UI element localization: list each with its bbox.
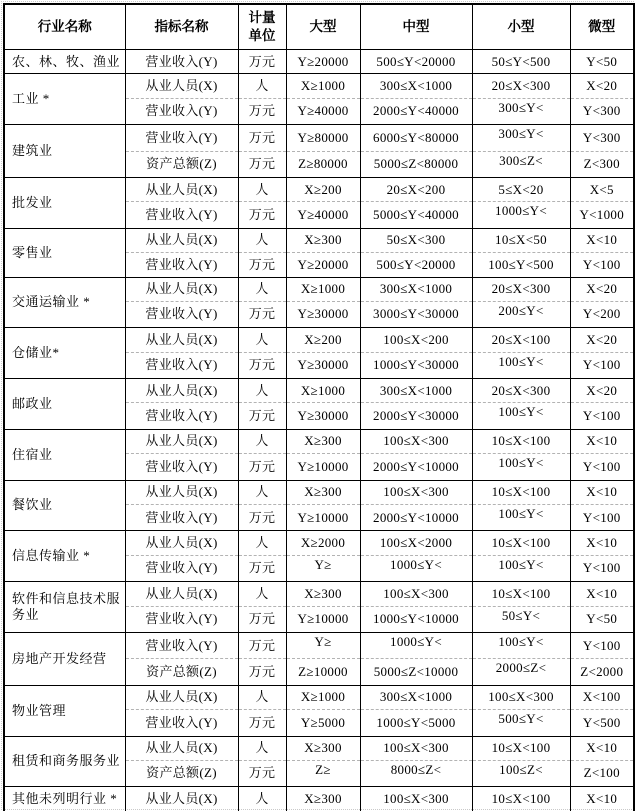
micro-cell: Y<100	[570, 253, 634, 277]
header-row: 行业名称 指标名称 计量 单位 大型 中型 小型 微型	[4, 4, 634, 50]
indicator-cell: 从业人员(X)	[125, 787, 238, 811]
table-row: 仓储业*从业人员(X)人X≥200100≤X<20020≤X<100X<20	[4, 328, 634, 352]
small-cell: 20≤X<300	[472, 74, 570, 98]
medium-cell: 100≤X<300	[360, 582, 472, 606]
indicator-cell: 从业人员(X)	[125, 736, 238, 760]
table-row: 软件和信息技术服务业从业人员(X)人X≥300100≤X<30010≤X<100…	[4, 582, 634, 606]
small-cell: 10≤X<100	[472, 531, 570, 555]
indicator-cell: 从业人员(X)	[125, 228, 238, 252]
medium-cell: 1000≤Y<10000	[360, 606, 472, 632]
medium-cell: 2000≤Y<30000	[360, 403, 472, 429]
document-page: 行业名称 指标名称 计量 单位 大型 中型 小型 微型 农、林、牧、渔业营业收入…	[0, 0, 636, 811]
medium-cell: 500≤Y<20000	[360, 50, 472, 74]
large-cell: Y≥40000	[286, 202, 360, 228]
unit-cell: 人	[238, 228, 286, 252]
indicator-cell: 营业收入(Y)	[125, 555, 238, 581]
medium-cell: 6000≤Y<80000	[360, 125, 472, 151]
small-cell: 2000≤Z<	[472, 659, 570, 685]
indicator-cell: 资产总额(Z)	[125, 760, 238, 786]
large-cell: Y≥80000	[286, 125, 360, 151]
medium-cell: 300≤X<1000	[360, 74, 472, 98]
large-cell: X≥1000	[286, 74, 360, 98]
industry-cell: 邮政业	[4, 379, 125, 430]
indicator-cell: 营业收入(Y)	[125, 301, 238, 327]
table-row: 农、林、牧、渔业营业收入(Y)万元Y≥20000500≤Y<2000050≤Y<…	[4, 50, 634, 74]
large-cell: Y≥30000	[286, 352, 360, 378]
small-cell: 10≤X<100	[472, 429, 570, 453]
medium-cell: 8000≤Z<	[360, 760, 472, 786]
header-unit: 计量 单位	[238, 4, 286, 50]
micro-cell: X<10	[570, 228, 634, 252]
large-cell: Y≥10000	[286, 454, 360, 480]
unit-cell: 万元	[238, 606, 286, 632]
large-cell: X≥1000	[286, 277, 360, 301]
unit-cell: 人	[238, 787, 286, 811]
industry-cell: 仓储业*	[4, 328, 125, 379]
micro-cell: Y<100	[570, 352, 634, 378]
medium-cell: 1000≤Y<	[360, 632, 472, 658]
micro-cell: X<20	[570, 277, 634, 301]
indicator-cell: 从业人员(X)	[125, 480, 238, 504]
small-cell: 10≤X<100	[472, 582, 570, 606]
small-cell: 20≤X<300	[472, 379, 570, 403]
small-cell: 100≤Z<	[472, 760, 570, 786]
enterprise-size-table: 行业名称 指标名称 计量 单位 大型 中型 小型 微型 农、林、牧、渔业营业收入…	[3, 3, 635, 811]
large-cell: X≥200	[286, 328, 360, 352]
table-row: 住宿业从业人员(X)人X≥300100≤X<30010≤X<100X<10	[4, 429, 634, 453]
large-cell: Y≥10000	[286, 505, 360, 531]
table-row: 信息传输业 *从业人员(X)人X≥2000100≤X<200010≤X<100X…	[4, 531, 634, 555]
small-cell: 300≤Y<	[472, 125, 570, 151]
micro-cell: X<10	[570, 582, 634, 606]
indicator-cell: 从业人员(X)	[125, 74, 238, 98]
medium-cell: 2000≤Y<10000	[360, 454, 472, 480]
large-cell: Y≥5000	[286, 710, 360, 736]
unit-cell: 万元	[238, 98, 286, 124]
small-cell: 100≤Y<	[472, 632, 570, 658]
large-cell: Z≥80000	[286, 151, 360, 177]
small-cell: 20≤X<300	[472, 277, 570, 301]
indicator-cell: 从业人员(X)	[125, 582, 238, 606]
medium-cell: 5000≤Y<40000	[360, 202, 472, 228]
small-cell: 200≤Y<	[472, 301, 570, 327]
unit-cell: 万元	[238, 403, 286, 429]
small-cell: 50≤Y<500	[472, 50, 570, 74]
header-medium: 中型	[360, 4, 472, 50]
table-row: 租赁和商务服务业从业人员(X)人X≥300100≤X<30010≤X<100X<…	[4, 736, 634, 760]
large-cell: X≥2000	[286, 531, 360, 555]
large-cell: X≥200	[286, 177, 360, 201]
table-row: 建筑业营业收入(Y)万元Y≥800006000≤Y<80000300≤Y<Y<3…	[4, 125, 634, 151]
unit-cell: 万元	[238, 505, 286, 531]
unit-cell: 人	[238, 277, 286, 301]
indicator-cell: 营业收入(Y)	[125, 98, 238, 124]
industry-cell: 工业 *	[4, 74, 125, 125]
small-cell: 300≤Z<	[472, 151, 570, 177]
industry-cell: 其他未列明行业 *	[4, 787, 125, 811]
small-cell: 1000≤Y<	[472, 202, 570, 228]
unit-cell: 人	[238, 74, 286, 98]
indicator-cell: 从业人员(X)	[125, 685, 238, 709]
industry-cell: 软件和信息技术服务业	[4, 582, 125, 633]
large-cell: X≥300	[286, 787, 360, 811]
medium-cell: 2000≤Y<40000	[360, 98, 472, 124]
unit-cell: 人	[238, 328, 286, 352]
header-large: 大型	[286, 4, 360, 50]
table-row: 邮政业从业人员(X)人X≥1000300≤X<100020≤X<300X<20	[4, 379, 634, 403]
unit-cell: 万元	[238, 352, 286, 378]
small-cell: 100≤X<300	[472, 685, 570, 709]
table-row: 餐饮业从业人员(X)人X≥300100≤X<30010≤X<100X<10	[4, 480, 634, 504]
small-cell: 10≤X<100	[472, 480, 570, 504]
unit-cell: 万元	[238, 125, 286, 151]
indicator-cell: 营业收入(Y)	[125, 50, 238, 74]
large-cell: Y≥20000	[286, 50, 360, 74]
indicator-cell: 营业收入(Y)	[125, 606, 238, 632]
large-cell: Y≥30000	[286, 403, 360, 429]
micro-cell: X<10	[570, 531, 634, 555]
small-cell: 100≤Y<	[472, 403, 570, 429]
micro-cell: Y<1000	[570, 202, 634, 228]
unit-cell: 人	[238, 531, 286, 555]
header-micro: 微型	[570, 4, 634, 50]
small-cell: 20≤X<100	[472, 328, 570, 352]
small-cell: 10≤X<50	[472, 228, 570, 252]
micro-cell: X<20	[570, 74, 634, 98]
micro-cell: X<100	[570, 685, 634, 709]
medium-cell: 300≤X<1000	[360, 379, 472, 403]
unit-cell: 人	[238, 480, 286, 504]
unit-cell: 人	[238, 736, 286, 760]
unit-cell: 万元	[238, 710, 286, 736]
small-cell: 100≤Y<	[472, 505, 570, 531]
micro-cell: Z<100	[570, 760, 634, 786]
micro-cell: Z<300	[570, 151, 634, 177]
table-row: 其他未列明行业 *从业人员(X)人X≥300100≤X<30010≤X<100X…	[4, 787, 634, 811]
indicator-cell: 营业收入(Y)	[125, 454, 238, 480]
large-cell: Z≥	[286, 760, 360, 786]
indicator-cell: 营业收入(Y)	[125, 125, 238, 151]
micro-cell: Y<100	[570, 555, 634, 581]
header-industry: 行业名称	[4, 4, 125, 50]
micro-cell: X<5	[570, 177, 634, 201]
industry-cell: 房地产开发经营	[4, 632, 125, 685]
small-cell: 5≤X<20	[472, 177, 570, 201]
indicator-cell: 营业收入(Y)	[125, 710, 238, 736]
indicator-cell: 从业人员(X)	[125, 328, 238, 352]
medium-cell: 500≤Y<20000	[360, 253, 472, 277]
large-cell: Y≥10000	[286, 606, 360, 632]
micro-cell: X<10	[570, 787, 634, 811]
micro-cell: Y<50	[570, 50, 634, 74]
unit-cell: 万元	[238, 301, 286, 327]
large-cell: Y≥	[286, 632, 360, 658]
large-cell: Y≥20000	[286, 253, 360, 277]
medium-cell: 100≤X<300	[360, 429, 472, 453]
indicator-cell: 资产总额(Z)	[125, 151, 238, 177]
unit-cell: 人	[238, 177, 286, 201]
small-cell: 100≤Y<	[472, 555, 570, 581]
table-row: 房地产开发经营营业收入(Y)万元Y≥1000≤Y<100≤Y<Y<100	[4, 632, 634, 658]
large-cell: Y≥	[286, 555, 360, 581]
large-cell: X≥300	[286, 582, 360, 606]
indicator-cell: 从业人员(X)	[125, 429, 238, 453]
indicator-cell: 从业人员(X)	[125, 277, 238, 301]
unit-cell: 万元	[238, 50, 286, 74]
unit-cell: 人	[238, 379, 286, 403]
large-cell: X≥300	[286, 228, 360, 252]
medium-cell: 2000≤Y<10000	[360, 505, 472, 531]
micro-cell: Y<500	[570, 710, 634, 736]
small-cell: 300≤Y<	[472, 98, 570, 124]
unit-cell: 万元	[238, 151, 286, 177]
header-small: 小型	[472, 4, 570, 50]
industry-cell: 住宿业	[4, 429, 125, 480]
medium-cell: 100≤X<2000	[360, 531, 472, 555]
medium-cell: 100≤X<200	[360, 328, 472, 352]
unit-cell: 万元	[238, 202, 286, 228]
unit-cell: 万元	[238, 659, 286, 685]
unit-cell: 万元	[238, 555, 286, 581]
medium-cell: 5000≤Z<80000	[360, 151, 472, 177]
industry-cell: 交通运输业 *	[4, 277, 125, 328]
small-cell: 100≤Y<	[472, 352, 570, 378]
medium-cell: 1000≤Y<	[360, 555, 472, 581]
table-row: 零售业从业人员(X)人X≥30050≤X<30010≤X<50X<10	[4, 228, 634, 252]
small-cell: 50≤Y<	[472, 606, 570, 632]
micro-cell: X<10	[570, 480, 634, 504]
table-row: 物业管理从业人员(X)人X≥1000300≤X<1000100≤X<300X<1…	[4, 685, 634, 709]
large-cell: Z≥10000	[286, 659, 360, 685]
indicator-cell: 营业收入(Y)	[125, 632, 238, 658]
medium-cell: 50≤X<300	[360, 228, 472, 252]
small-cell: 10≤X<100	[472, 736, 570, 760]
micro-cell: Y<200	[570, 301, 634, 327]
medium-cell: 1000≤Y<5000	[360, 710, 472, 736]
indicator-cell: 从业人员(X)	[125, 531, 238, 555]
indicator-cell: 营业收入(Y)	[125, 352, 238, 378]
micro-cell: Z<2000	[570, 659, 634, 685]
large-cell: Y≥40000	[286, 98, 360, 124]
small-cell: 100≤Y<	[472, 454, 570, 480]
micro-cell: Y<100	[570, 454, 634, 480]
industry-cell: 农、林、牧、渔业	[4, 50, 125, 74]
micro-cell: Y<100	[570, 403, 634, 429]
large-cell: X≥300	[286, 429, 360, 453]
industry-cell: 零售业	[4, 228, 125, 277]
micro-cell: X<20	[570, 328, 634, 352]
medium-cell: 100≤X<300	[360, 787, 472, 811]
micro-cell: X<20	[570, 379, 634, 403]
industry-cell: 餐饮业	[4, 480, 125, 531]
header-indicator: 指标名称	[125, 4, 238, 50]
unit-cell: 万元	[238, 632, 286, 658]
medium-cell: 300≤X<1000	[360, 685, 472, 709]
large-cell: X≥300	[286, 736, 360, 760]
indicator-cell: 从业人员(X)	[125, 177, 238, 201]
medium-cell: 100≤X<300	[360, 736, 472, 760]
indicator-cell: 资产总额(Z)	[125, 659, 238, 685]
medium-cell: 20≤X<200	[360, 177, 472, 201]
small-cell: 10≤X<100	[472, 787, 570, 811]
micro-cell: Y<300	[570, 125, 634, 151]
indicator-cell: 营业收入(Y)	[125, 403, 238, 429]
micro-cell: X<10	[570, 736, 634, 760]
large-cell: X≥1000	[286, 685, 360, 709]
small-cell: 500≤Y<	[472, 710, 570, 736]
industry-cell: 建筑业	[4, 125, 125, 178]
small-cell: 100≤Y<500	[472, 253, 570, 277]
industry-cell: 信息传输业 *	[4, 531, 125, 582]
large-cell: X≥300	[286, 480, 360, 504]
unit-cell: 万元	[238, 253, 286, 277]
medium-cell: 100≤X<300	[360, 480, 472, 504]
medium-cell: 3000≤Y<30000	[360, 301, 472, 327]
micro-cell: Y<100	[570, 632, 634, 658]
unit-cell: 万元	[238, 454, 286, 480]
indicator-cell: 从业人员(X)	[125, 379, 238, 403]
table-row: 交通运输业 *从业人员(X)人X≥1000300≤X<100020≤X<300X…	[4, 277, 634, 301]
industry-cell: 批发业	[4, 177, 125, 228]
unit-cell: 万元	[238, 760, 286, 786]
medium-cell: 1000≤Y<30000	[360, 352, 472, 378]
micro-cell: X<10	[570, 429, 634, 453]
micro-cell: Y<100	[570, 505, 634, 531]
medium-cell: 5000≤Z<10000	[360, 659, 472, 685]
unit-cell: 人	[238, 582, 286, 606]
micro-cell: Y<50	[570, 606, 634, 632]
large-cell: X≥1000	[286, 379, 360, 403]
micro-cell: Y<300	[570, 98, 634, 124]
indicator-cell: 营业收入(Y)	[125, 202, 238, 228]
large-cell: Y≥30000	[286, 301, 360, 327]
medium-cell: 300≤X<1000	[360, 277, 472, 301]
indicator-cell: 营业收入(Y)	[125, 253, 238, 277]
industry-cell: 租赁和商务服务业	[4, 736, 125, 787]
table-row: 批发业从业人员(X)人X≥20020≤X<2005≤X<20X<5	[4, 177, 634, 201]
table-row: 工业 *从业人员(X)人X≥1000300≤X<100020≤X<300X<20	[4, 74, 634, 98]
unit-cell: 人	[238, 429, 286, 453]
industry-cell: 物业管理	[4, 685, 125, 736]
indicator-cell: 营业收入(Y)	[125, 505, 238, 531]
unit-cell: 人	[238, 685, 286, 709]
